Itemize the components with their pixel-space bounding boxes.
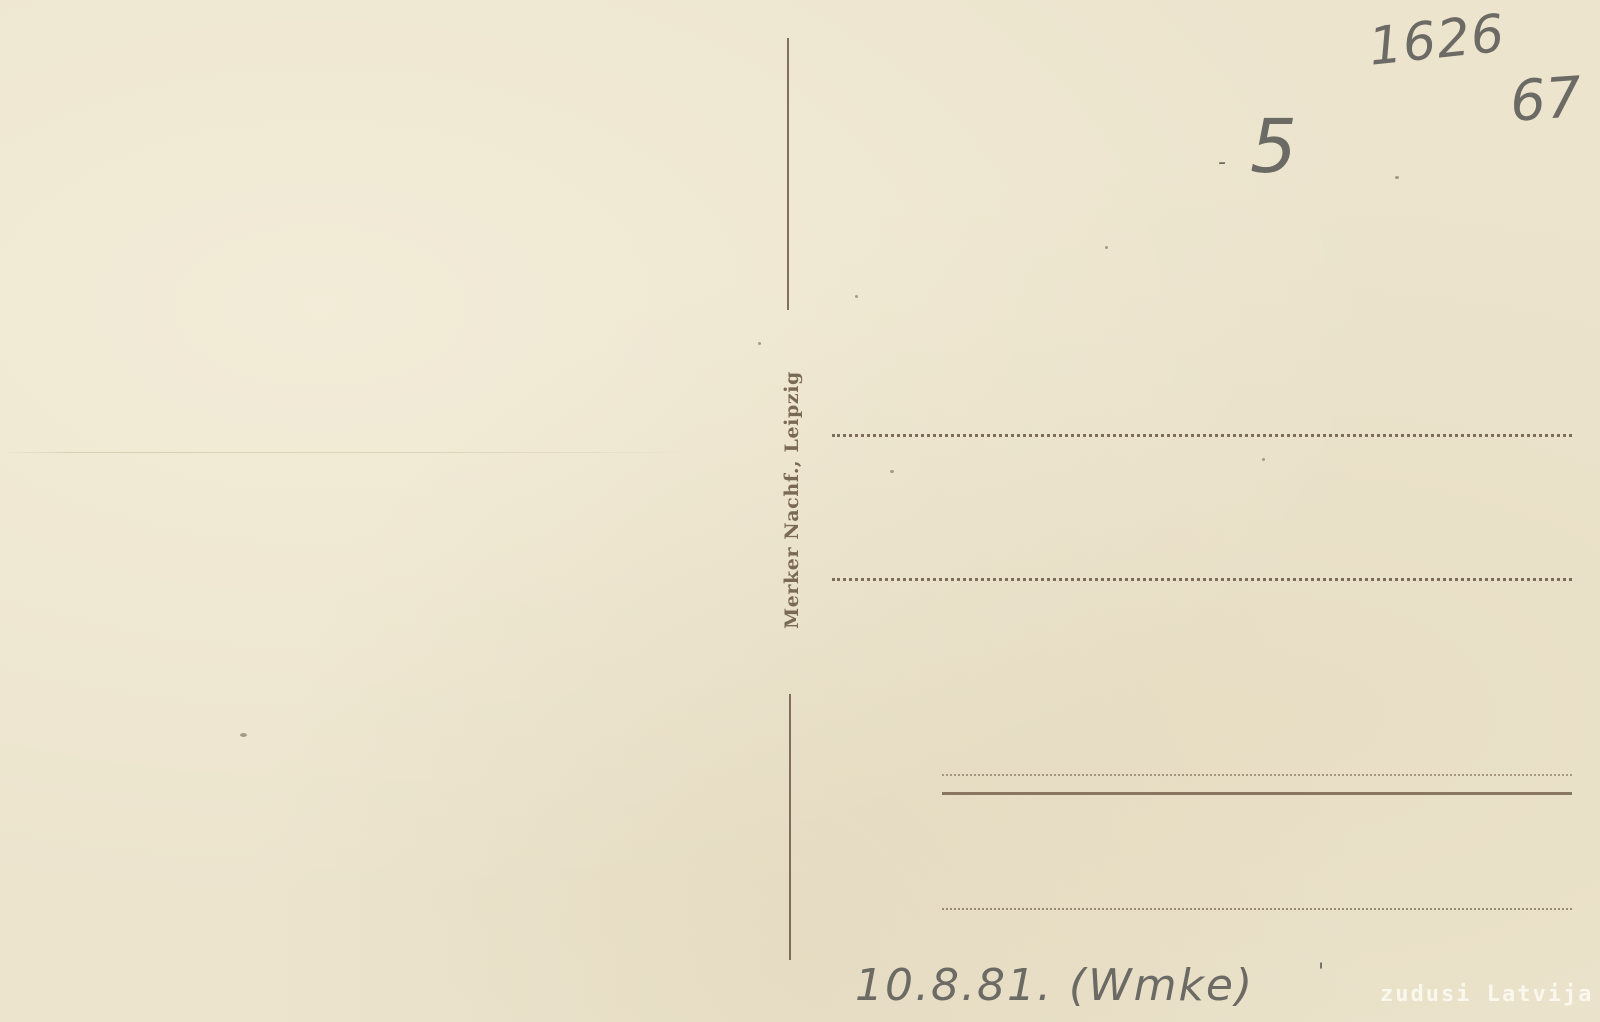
paper-speck (855, 295, 858, 298)
address-line-3-dotted (942, 774, 1572, 776)
paper-speck (890, 470, 894, 473)
address-line-2 (832, 578, 1572, 581)
handwritten-tick-mark: ' (1318, 960, 1324, 985)
publisher-imprint: Merker Nachf., Leipzig (781, 371, 803, 629)
handwritten-number-67: 67 (1508, 65, 1584, 135)
paper-speck (758, 342, 761, 345)
watermark: zudusi Latvija (1380, 982, 1593, 1007)
handwritten-dash-mark: - (1218, 150, 1226, 175)
paper-speck (1262, 458, 1265, 461)
center-divider-top (787, 38, 789, 310)
handwritten-date-note: 10.8.81. (Wmke) (855, 960, 1254, 1011)
handwritten-catalog-number: 1626 (1366, 4, 1508, 78)
center-divider-bottom (789, 694, 791, 960)
paper-speck (240, 733, 247, 737)
address-line-3-solid (942, 792, 1572, 795)
handwritten-number-5: 5 (1250, 104, 1297, 190)
paper-speck (1105, 246, 1108, 249)
paper-speck (1395, 176, 1399, 179)
address-line-1 (832, 434, 1572, 437)
postcard-back: Merker Nachf., Leipzig 1626 67 - 5 10.8.… (0, 0, 1600, 1022)
address-line-4 (942, 908, 1572, 910)
paper-crease (0, 452, 700, 453)
